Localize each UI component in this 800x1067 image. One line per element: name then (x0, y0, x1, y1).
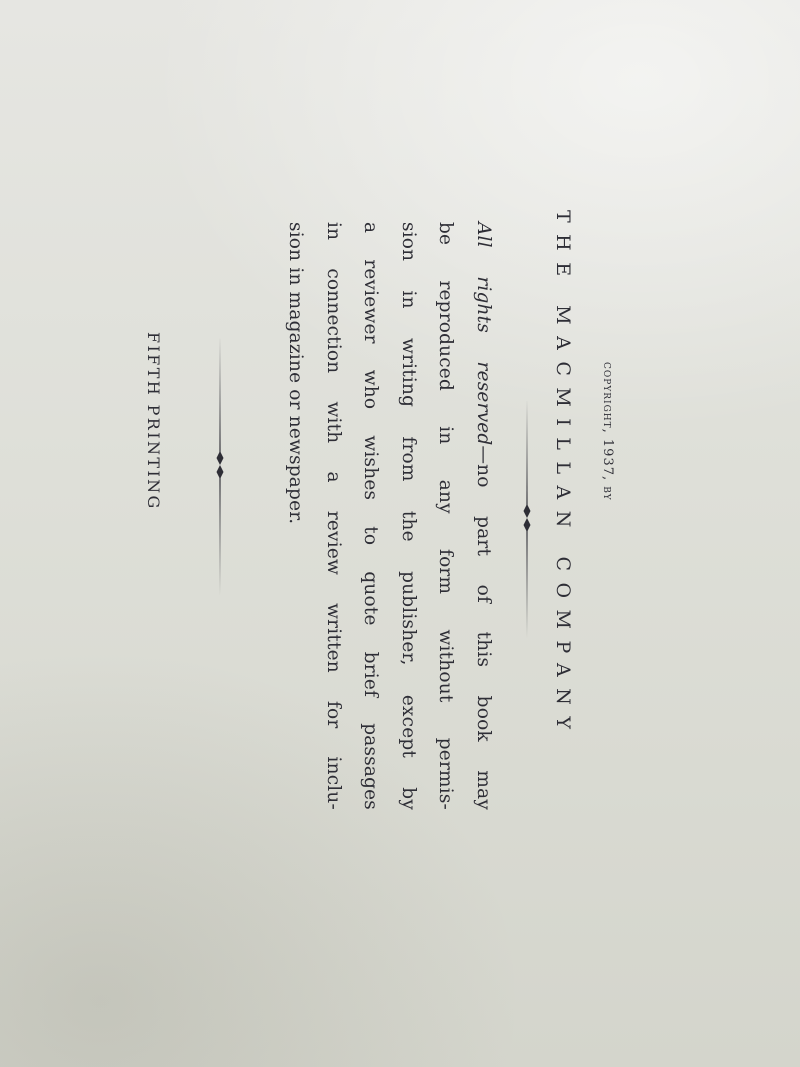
rights-notice-line-1-rest: no part of this book may (473, 464, 494, 810)
rights-notice-line-5: in connection with a review written for … (315, 222, 353, 810)
printing-edition: FIFTH PRINTING (144, 332, 163, 511)
rights-notice: All rights reserved—no part of this book… (277, 222, 502, 810)
rights-notice-line-6: sion in magazine or newspaper. (277, 222, 315, 810)
rights-notice-line-4: a reviewer who wishes to quote brief pas… (352, 222, 390, 810)
rights-notice-line-2: be reproduced in any form without permis… (427, 222, 465, 810)
copyright-line: Copyright, 1937, by (600, 362, 615, 501)
rights-notice-line-1: All rights reserved—no part of this book… (465, 222, 503, 810)
rights-notice-line-3: sion in writing from the publisher, exce… (390, 222, 428, 810)
ornament-rule-top-icon (522, 398, 532, 638)
ornament-rule-bottom-icon (215, 335, 225, 595)
copyright-page: Copyright, 1937, by THE MACMILLAN COMPAN… (0, 0, 800, 1067)
em-dash: — (473, 445, 494, 464)
publisher-name: THE MACMILLAN COMPANY (552, 210, 574, 740)
rights-reserved-italic: All rights reserved (473, 222, 494, 445)
